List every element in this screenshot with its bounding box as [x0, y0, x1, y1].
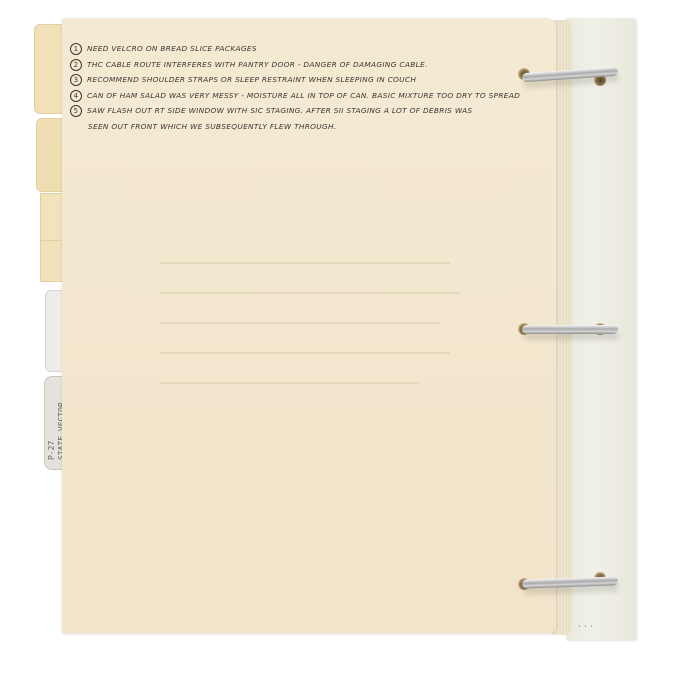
- binder: • • • P-27 STATE VECTOR 1Need Velcro on …: [0, 0, 684, 675]
- note-item: 5Saw flash out Rt side window with SIC s…: [70, 104, 550, 120]
- binder-ring-middle[interactable]: [522, 325, 618, 334]
- note-item: 3Recommend shoulder straps or sleep rest…: [70, 73, 550, 89]
- note-number-circle: 2: [70, 59, 82, 71]
- show-through-line: [160, 352, 450, 354]
- show-through-line: [160, 292, 460, 294]
- note-text: Need Velcro on bread slice packages: [87, 44, 257, 53]
- note-number-circle: 3: [70, 74, 82, 86]
- note-text: Saw flash out Rt side window with SIC st…: [87, 106, 472, 115]
- show-through-line: [160, 262, 450, 264]
- note-item: 1Need Velcro on bread slice packages: [70, 42, 550, 58]
- show-through-line: [160, 322, 440, 324]
- note-text: Recommend shoulder straps or sleep restr…: [87, 75, 416, 84]
- note-item: 4Can of ham salad was very messy - moist…: [70, 89, 550, 105]
- note-text: THC cable route interferes with pantry d…: [87, 60, 428, 69]
- note-number-circle: 5: [70, 105, 82, 117]
- state-vector-page-number: P-27: [47, 402, 57, 460]
- note-continuation: seen out front which we subsequently fle…: [70, 120, 550, 136]
- note-text: Can of ham salad was very messy - moistu…: [87, 91, 520, 100]
- note-number-circle: 1: [70, 43, 82, 55]
- note-text: seen out front which we subsequently fle…: [88, 122, 337, 131]
- note-number-circle: 4: [70, 90, 82, 102]
- spine-label: • • •: [578, 624, 593, 630]
- handwritten-notes: 1Need Velcro on bread slice packages 2TH…: [70, 42, 550, 135]
- show-through-line: [160, 382, 420, 384]
- note-item: 2THC cable route interferes with pantry …: [70, 58, 550, 74]
